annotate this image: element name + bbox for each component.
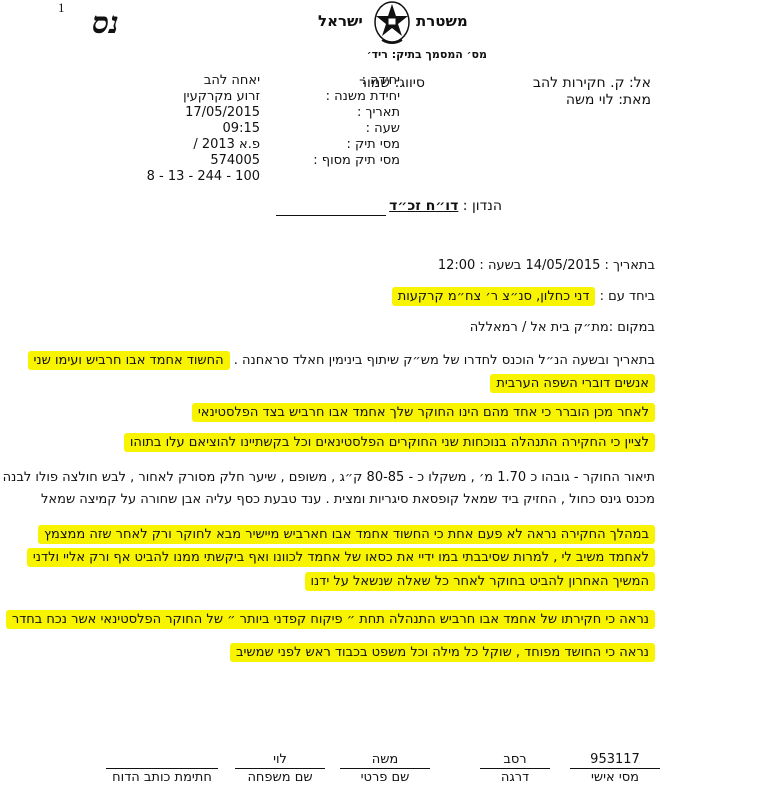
meta-value: 09:15 [140, 121, 260, 137]
highlighted-text: המשיך האחרון להביט בחוקר לאחר כל שאלה שנ… [305, 572, 656, 591]
handwritten-mark: נס [92, 6, 119, 41]
signature-field-personal-number: 953117 מסי אישי [570, 752, 660, 785]
participants-line: ביחד עם : דני כחלון, סנ״צ ר׳ צח״מ קרקעות [392, 289, 655, 304]
signature-field-last-name: לוי שם משפחה [235, 752, 325, 785]
paragraph-6: נראה כי חקירתו של אחמד אבו חרביש התנהלה … [6, 612, 655, 627]
sender: מאת: לוי משה [566, 92, 651, 108]
org-name-right: משטרת [416, 12, 468, 30]
signature-field-author: חתימת כותב הדוח [106, 752, 218, 785]
signature-label: חתימת כותב הדוח [106, 769, 218, 785]
meta-label: מסי תיק : [280, 137, 400, 153]
signature-field-first-name: משה שם פרטי [340, 752, 430, 785]
paragraph-4-line-2: מכנס גינס כחול , החזיק ביד שמאל קופסאת ס… [41, 492, 655, 507]
document-reference: מס׳ המסמך בתיק: ריד׳ [367, 48, 487, 61]
meta-value: יאחה להב [140, 73, 260, 89]
paragraph-3: לציין כי החקירה התנהלה בנוכחות שני החוקר… [124, 435, 655, 450]
paragraph-7: נראה כי החושד מפוחד , שוקל כל מילה וכל מ… [230, 645, 655, 660]
highlighted-text: אנשים דוברי השפה הערבית [490, 374, 655, 393]
signature-label: דרגה [480, 769, 550, 785]
highlighted-text: לאחר מכן הוברר כי אחד מהם הינו החוקר שלך… [192, 403, 655, 422]
highlighted-text: נראה כי חקירתו של אחמד אבו חרביש התנהלה … [6, 610, 655, 629]
meta-label: שעה : [280, 121, 400, 137]
participants-value: דני כחלון, סנ״צ ר׳ צח״מ קרקעות [392, 287, 596, 306]
signature-label: שם משפחה [235, 769, 325, 785]
meta-label: מסי תיק מסוף : [280, 153, 400, 169]
meta-value: 100 - 244 - 13 - 8 [140, 169, 260, 185]
meta-values: יאחה להב זרוע מקרקעין 17/05/2015 09:15 פ… [140, 73, 260, 185]
meta-value: זרוע מקרקעין [140, 89, 260, 105]
signature-label: שם פרטי [340, 769, 430, 785]
paragraph-1-line-2: אנשים דוברי השפה הערבית [490, 376, 655, 391]
meeting-place: במקום :מת״ק בית אל / רמאללה [470, 320, 655, 335]
meta-label: יחידה : [280, 73, 400, 89]
paragraph-text: בתאריך ובשעה הנ״ל הוכנס לחדרו של מש״ק שי… [234, 353, 655, 368]
meta-label: תאריך : [280, 105, 400, 121]
highlighted-text: לאחמד משיב לי , למרות שסיבבתי במו ידיי א… [27, 548, 655, 567]
signature-value [106, 752, 218, 769]
paragraph-5-line-1: במהלך החקירה נראה לא פעם אחת כי החשוד אח… [38, 527, 655, 542]
meta-value: פ.א 2013 / 574005 [140, 137, 260, 169]
participants-label: ביחד עם : [600, 289, 655, 304]
org-name-left: ישראל [318, 12, 363, 30]
paragraph-4-line-1: תיאור החוקר - גובהו כ 1.70 מ׳ , משקלו כ … [3, 470, 655, 485]
signature-field-rank: רסב דרגה [480, 752, 550, 785]
meeting-date: בתאריך : 14/05/2015 בשעה : 12:00 [438, 258, 655, 273]
paragraph-1-line-1: בתאריך ובשעה הנ״ל הוכנס לחדרו של מש״ק שי… [28, 353, 656, 368]
highlighted-text: לציין כי החקירה התנהלה בנוכחות שני החוקר… [124, 433, 655, 452]
subject-underline [276, 215, 386, 216]
signature-value: לוי [235, 752, 325, 769]
signature-label: מסי אישי [570, 769, 660, 785]
subject-label: הנדון : [463, 198, 502, 214]
paragraph-5-line-2: לאחמד משיב לי , למרות שסיבבתי במו ידיי א… [27, 550, 655, 565]
highlighted-text: נראה כי החושד מפוחד , שוקל כל מילה וכל מ… [230, 643, 655, 662]
recipient: אל: ק. חקירות להב [533, 75, 651, 91]
signature-value: 953117 [570, 752, 660, 769]
signature-value: משה [340, 752, 430, 769]
paragraph-5-line-3: המשיך האחרון להביט בחוקר לאחר כל שאלה שנ… [305, 574, 656, 589]
highlighted-text: החשוד אחמד אבו חרביש ועימו שני [28, 351, 230, 370]
highlighted-text: במהלך החקירה נראה לא פעם אחת כי החשוד אח… [38, 525, 655, 544]
subject-line: הנדון : דו״ח זכ״ד [260, 198, 502, 214]
meta-labels: יחידה : יחידת משנה : תאריך : שעה : מסי ת… [280, 73, 400, 169]
subject-value: דו״ח זכ״ד [389, 198, 458, 214]
paragraph-2: לאחר מכן הוברר כי אחד מהם הינו החוקר שלך… [192, 405, 655, 420]
police-emblem-icon [372, 0, 412, 48]
page-number: 1 [58, 0, 65, 16]
meta-label: יחידת משנה : [280, 89, 400, 105]
meta-value: 17/05/2015 [140, 105, 260, 121]
signature-value: רסב [480, 752, 550, 769]
